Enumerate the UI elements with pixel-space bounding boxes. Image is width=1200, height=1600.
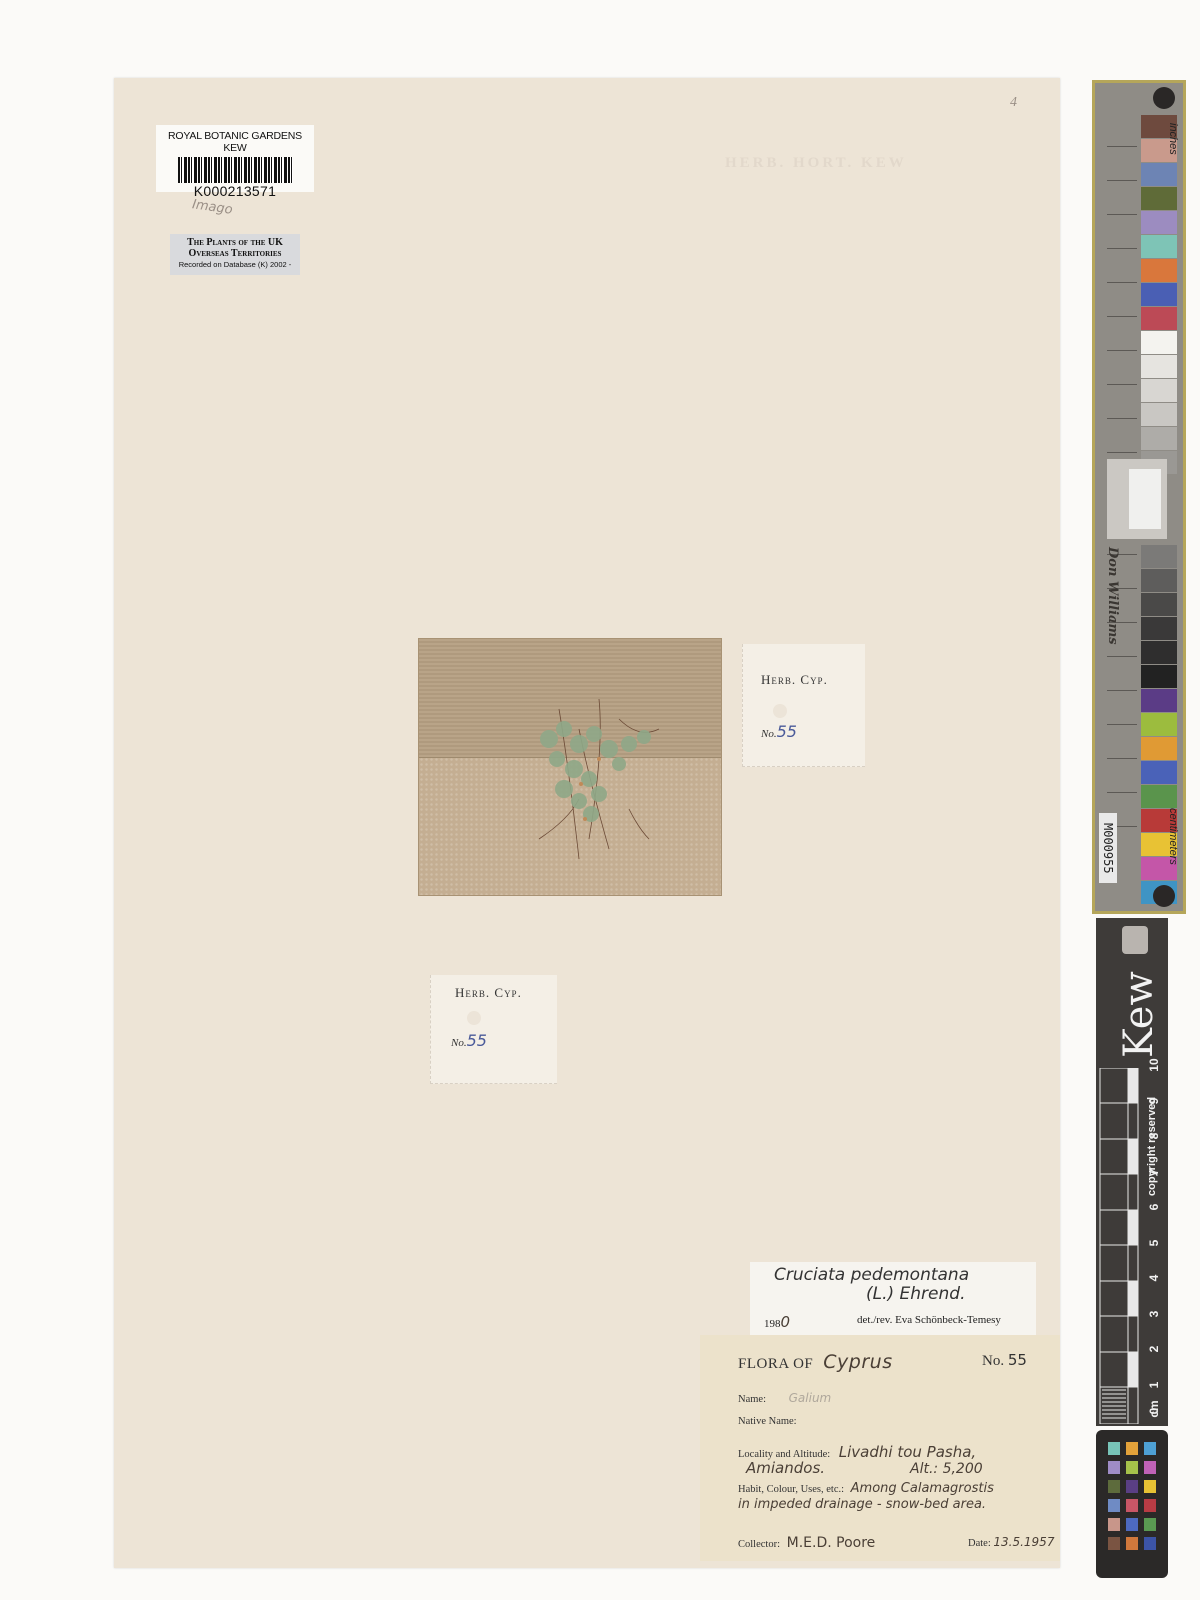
barcode-label: ROYAL BOTANIC GARDENS KEW K000213571 [156,125,314,192]
barcode-number: K000213571 [156,183,314,199]
det-taxon-block: Cruciata pedemontana (L.) Ehrend. [774,1266,969,1304]
color-checker-cell [1144,1499,1156,1512]
flora-habit-row: Habit, Colour, Uses, etc.: Among Calamag… [738,1481,994,1496]
ruler-scale [1098,1068,1140,1424]
color-checker-cell [1108,1499,1120,1512]
flora-collector-row: Collector: M.E.D. Poore [738,1535,875,1551]
color-checker-cell [1144,1461,1156,1474]
det-year: 1980 [764,1313,790,1331]
strip-id: M000955 [1099,813,1117,883]
det-taxon: Cruciata pedemontana [774,1266,969,1285]
color-patch [1141,569,1177,592]
color-reference-strip: Don Williams inches centimeters M000955 [1092,80,1186,914]
database-label: The Plants of the UK Overseas Territorie… [170,234,300,275]
color-patch [1141,355,1177,378]
faint-stamp: HERB. HORT. KEW [725,155,907,172]
strip-brand: Don Williams [1105,547,1120,645]
punch-hole [773,704,787,718]
color-checker-cell [1108,1442,1120,1455]
flora-region: Cyprus [823,1351,892,1373]
color-checker-card [1096,1430,1168,1578]
color-patch [1141,761,1177,784]
institution-name: ROYAL BOTANIC GARDENS KEW [156,130,314,154]
herb-label-number-row: No.55 [451,1031,487,1050]
color-patches-top [1141,115,1181,475]
color-patch [1141,307,1177,330]
color-patch [1141,163,1177,186]
kew-scale-ruler: Kew copyright reserved 10 9 8 7 [1096,918,1168,1426]
herb-label-title: Herb. Cyp. [761,672,828,688]
herb-label-1: Herb. Cyp. No.55 [742,644,865,767]
herb-label-no-prefix: No. [451,1037,467,1049]
color-patch [1141,593,1177,616]
plant-specimen-icon [519,689,669,869]
color-patch [1141,665,1177,688]
inches-label: inches [1167,123,1179,155]
barcode-icon [178,157,293,183]
flora-collector-value: M.E.D. Poore [787,1535,876,1551]
strip-dot-bottom [1153,885,1175,907]
flora-name-row: Name: Galium [738,1391,831,1405]
color-patch [1141,283,1177,306]
color-checker-cell [1126,1537,1138,1550]
centimeters-label: centimeters [1167,808,1179,865]
flora-habit-line2: in impeded drainage - snow-bed area. [738,1497,986,1512]
flora-altitude: Alt.: 5,200 [910,1461,983,1477]
herb-label-title: Herb. Cyp. [455,985,522,1001]
flora-number: No. 55 [982,1351,1027,1370]
color-checker-cell [1108,1480,1120,1493]
flora-label: FLORA OFCyprus No. 55 Name: Galium Nativ… [700,1335,1060,1561]
color-patch [1141,427,1177,450]
herb-label-number: 55 [467,1031,487,1050]
color-checker-cell [1108,1537,1120,1550]
flora-date-value: 13.5.1957 [993,1535,1054,1549]
color-patch [1141,641,1177,664]
color-patch [1141,331,1177,354]
det-determiner: det./rev. Eva Schönbeck-Temesy [857,1314,1001,1326]
color-patch [1141,713,1177,736]
gray-card [1107,459,1167,539]
color-patch [1141,737,1177,760]
color-checker-cell [1144,1480,1156,1493]
database-label-line3: Recorded on Database (K) 2002 - [170,259,300,270]
color-checker-cell [1144,1518,1156,1531]
herb-label-no-prefix: No. [761,728,777,740]
det-authority: (L.) Ehrend. [774,1285,969,1304]
specimen-envelope [418,638,722,896]
color-patch [1141,689,1177,712]
color-checker-cell [1144,1442,1156,1455]
color-checker-cell [1108,1518,1120,1531]
ruler-numbers: 10 9 8 7 6 5 4 3 2 1 0 [1144,1058,1164,1426]
color-patch [1141,545,1177,568]
color-patch [1141,617,1177,640]
database-label-line1: The Plants of the UK [170,237,300,248]
color-patch [1141,235,1177,258]
flora-locality-value: Livadhi tou Pasha, [839,1443,976,1461]
flora-heading: FLORA OFCyprus [738,1351,893,1373]
color-checker-cell [1126,1461,1138,1474]
punch-hole [467,1011,481,1025]
herb-label-number-row: No.55 [761,722,797,741]
kew-crest-icon [1122,926,1148,954]
color-patch [1141,259,1177,282]
color-checker-cell [1126,1499,1138,1512]
flora-date-row: Date: 13.5.1957 [968,1535,1054,1549]
color-checker-grid [1108,1442,1156,1550]
color-patch [1141,187,1177,210]
herb-label-2: Herb. Cyp. No.55 [430,975,557,1084]
corner-mark: 4 [1010,95,1017,111]
flora-locality-line2: Amiandos. [746,1459,825,1477]
strip-dot-top [1153,87,1175,109]
color-patch [1141,785,1177,808]
color-checker-cell [1126,1480,1138,1493]
determination-label: Cruciata pedemontana (L.) Ehrend. 1980 d… [750,1262,1036,1337]
color-checker-cell [1126,1518,1138,1531]
flora-name-value: Galium [789,1391,832,1405]
ruler-unit: cm [1147,1399,1161,1419]
color-checker-cell [1126,1442,1138,1455]
herb-label-number: 55 [777,722,797,741]
color-checker-cell [1144,1537,1156,1550]
color-patch [1141,211,1177,234]
flora-native-name-label: Native Name: [738,1416,797,1427]
database-label-line2: Overseas Territories [170,248,300,259]
color-checker-cell [1108,1461,1120,1474]
color-patch [1141,379,1177,402]
color-patch [1141,403,1177,426]
flora-habit-value: Among Calamagrostis [851,1481,994,1496]
kew-logo: Kew [1116,971,1162,1058]
